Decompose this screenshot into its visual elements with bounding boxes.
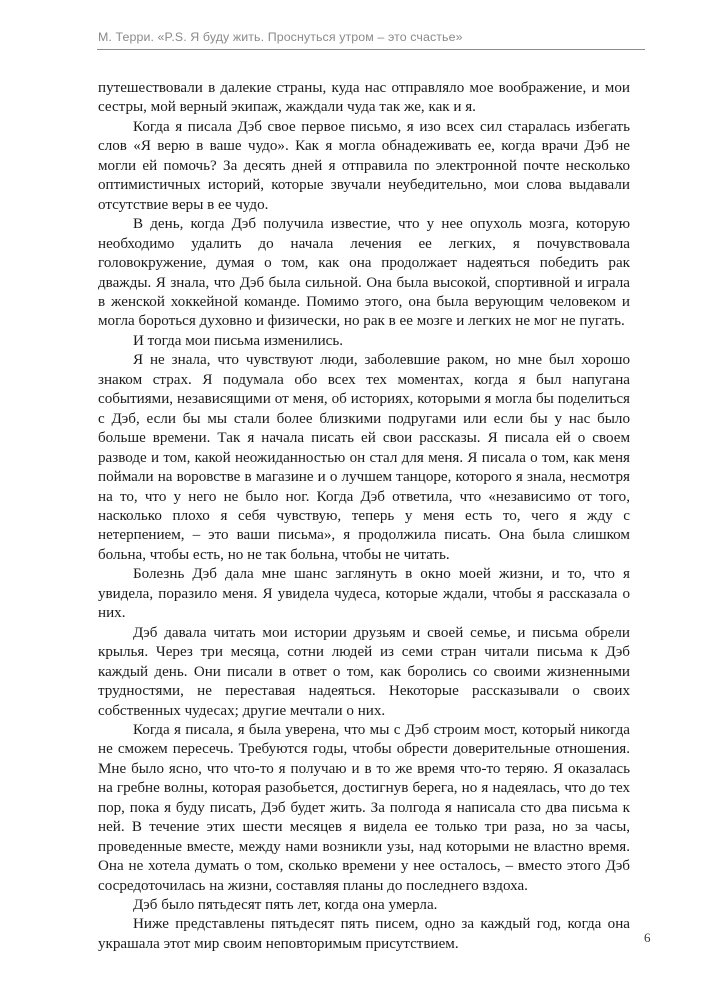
paragraph: Дэб было пятьдесят пять лет, когда она у… — [98, 896, 630, 915]
paragraph: В день, когда Дэб получила известие, что… — [98, 215, 630, 332]
body-text: путешествовали в далекие страны, куда на… — [98, 79, 630, 954]
paragraph: И тогда мои письма изменились. — [98, 332, 630, 351]
paragraph: Когда я писала, я была уверена, что мы с… — [98, 721, 630, 896]
paragraph: Когда я писала Дэб свое первое письмо, я… — [98, 118, 630, 215]
paragraph: Ниже представлены пятьдесят пять писем, … — [98, 915, 630, 954]
paragraph: путешествовали в далекие страны, куда на… — [98, 79, 630, 118]
running-header: М. Терри. «P.S. Я буду жить. Проснуться … — [98, 30, 645, 44]
paragraph: Болезнь Дэб дала мне шанс заглянуть в ок… — [98, 565, 630, 623]
page-number: 6 — [644, 930, 651, 946]
header-divider — [97, 49, 645, 50]
paragraph: Дэб давала читать мои истории друзьям и … — [98, 624, 630, 721]
paragraph: Я не знала, что чувствуют люди, заболевш… — [98, 351, 630, 565]
document-page: М. Терри. «P.S. Я буду жить. Проснуться … — [0, 0, 707, 1000]
